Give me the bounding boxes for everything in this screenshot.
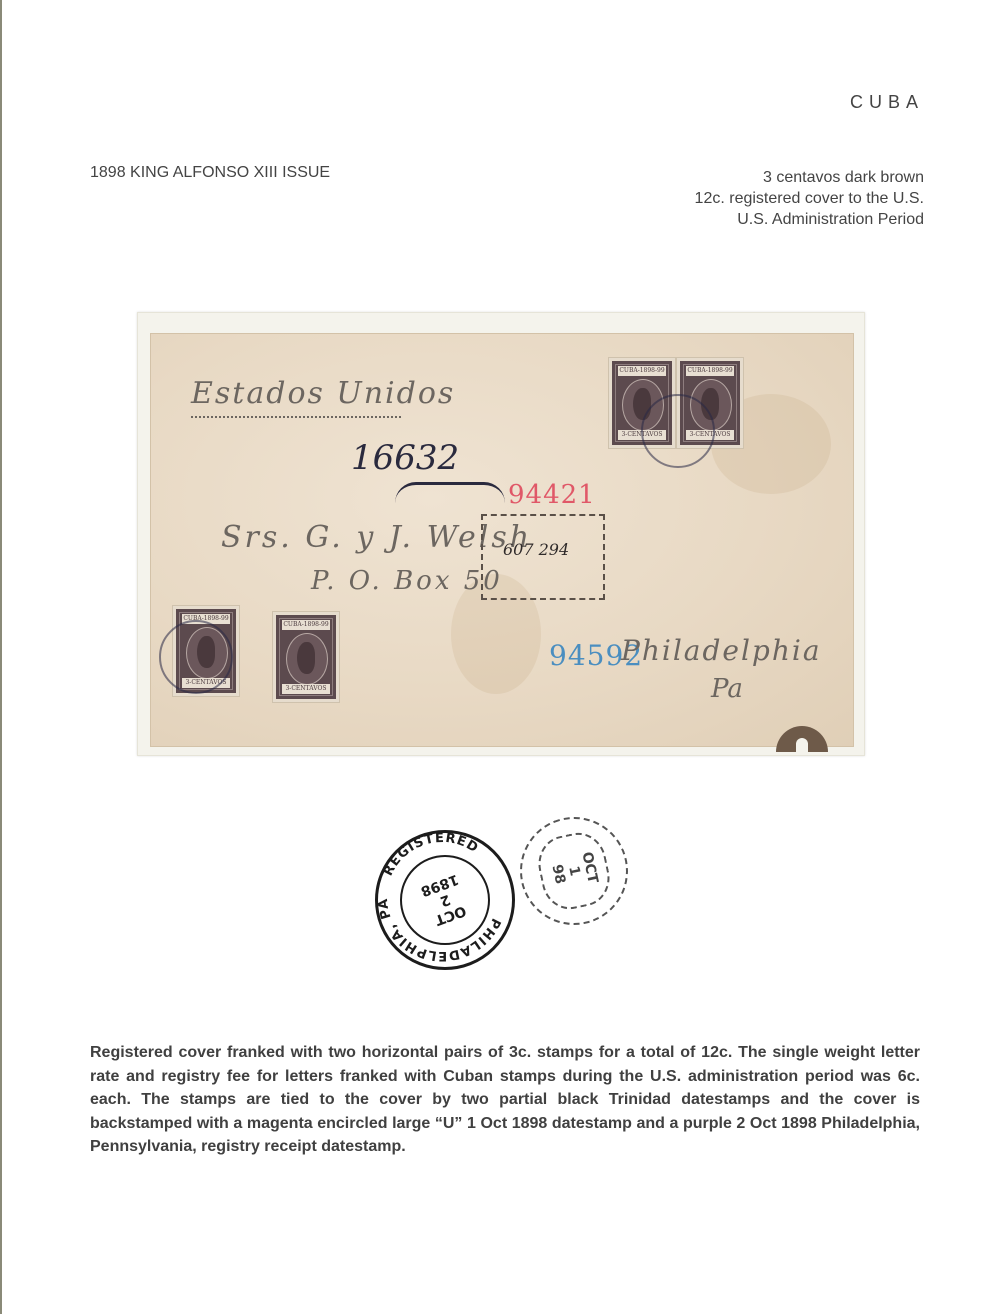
address-line2-script: P. O. Box 50	[311, 566, 503, 596]
state-script: Pa	[711, 674, 743, 704]
cover-tear	[776, 726, 828, 752]
flourish-underline	[191, 416, 401, 418]
datestamp-year: 98	[548, 863, 568, 885]
destination-script: Estados Unidos	[191, 376, 455, 411]
trinidad-cancel-mark	[159, 620, 233, 694]
flourish-underline	[395, 482, 505, 503]
registry-box-text: 607 294	[503, 540, 569, 559]
stamp-top-label: CUBA-1898-99	[686, 366, 734, 376]
stamp-top-label: CUBA-1898-99	[282, 620, 330, 630]
red-registration-number: 94421	[508, 480, 596, 510]
registry-box: 607 294	[481, 514, 605, 600]
postmark-inner-ring: OCT 2 1898	[400, 855, 490, 945]
postal-cover-image: Estados Unidos 16632 94421 Srs. G. y J. …	[150, 333, 854, 747]
city-script: Philadelphia	[621, 634, 822, 667]
datestamp-day: 1	[565, 865, 583, 878]
king-portrait-icon	[286, 633, 328, 685]
u-datestamp: OCT 1 98	[504, 801, 645, 942]
u-datestamp-inner: OCT 1 98	[533, 828, 615, 915]
subtitle-line: U.S. Administration Period	[695, 209, 924, 230]
stamp-top-label: CUBA-1898-99	[618, 366, 666, 376]
subtitle-line: 12c. registered cover to the U.S.	[695, 188, 924, 209]
subtitle-line: 3 centavos dark brown	[695, 167, 924, 188]
datestamp-month: OCT	[579, 850, 601, 884]
country-heading: CUBA	[850, 92, 924, 113]
handwritten-registration-number: 16632	[351, 438, 459, 478]
stamp: CUBA-1898-99 3-CENTAVOS	[273, 612, 339, 702]
backstamps: PHILADELPHIA, PA. REGISTERED OCT 2 1898 …	[340, 790, 640, 990]
scan-edge	[0, 0, 2, 1314]
trinidad-cancel-mark	[641, 394, 715, 468]
subtitle-block: 3 centavos dark brown 12c. registered co…	[695, 167, 924, 230]
philadelphia-registered-postmark: PHILADELPHIA, PA. REGISTERED OCT 2 1898	[375, 830, 515, 970]
description-paragraph: Registered cover franked with two horizo…	[90, 1041, 920, 1159]
stamp-value-label: 3-CENTAVOS	[282, 684, 330, 694]
postmark-day: 2	[438, 891, 453, 909]
issue-title: 1898 KING ALFONSO XIII ISSUE	[90, 164, 330, 182]
